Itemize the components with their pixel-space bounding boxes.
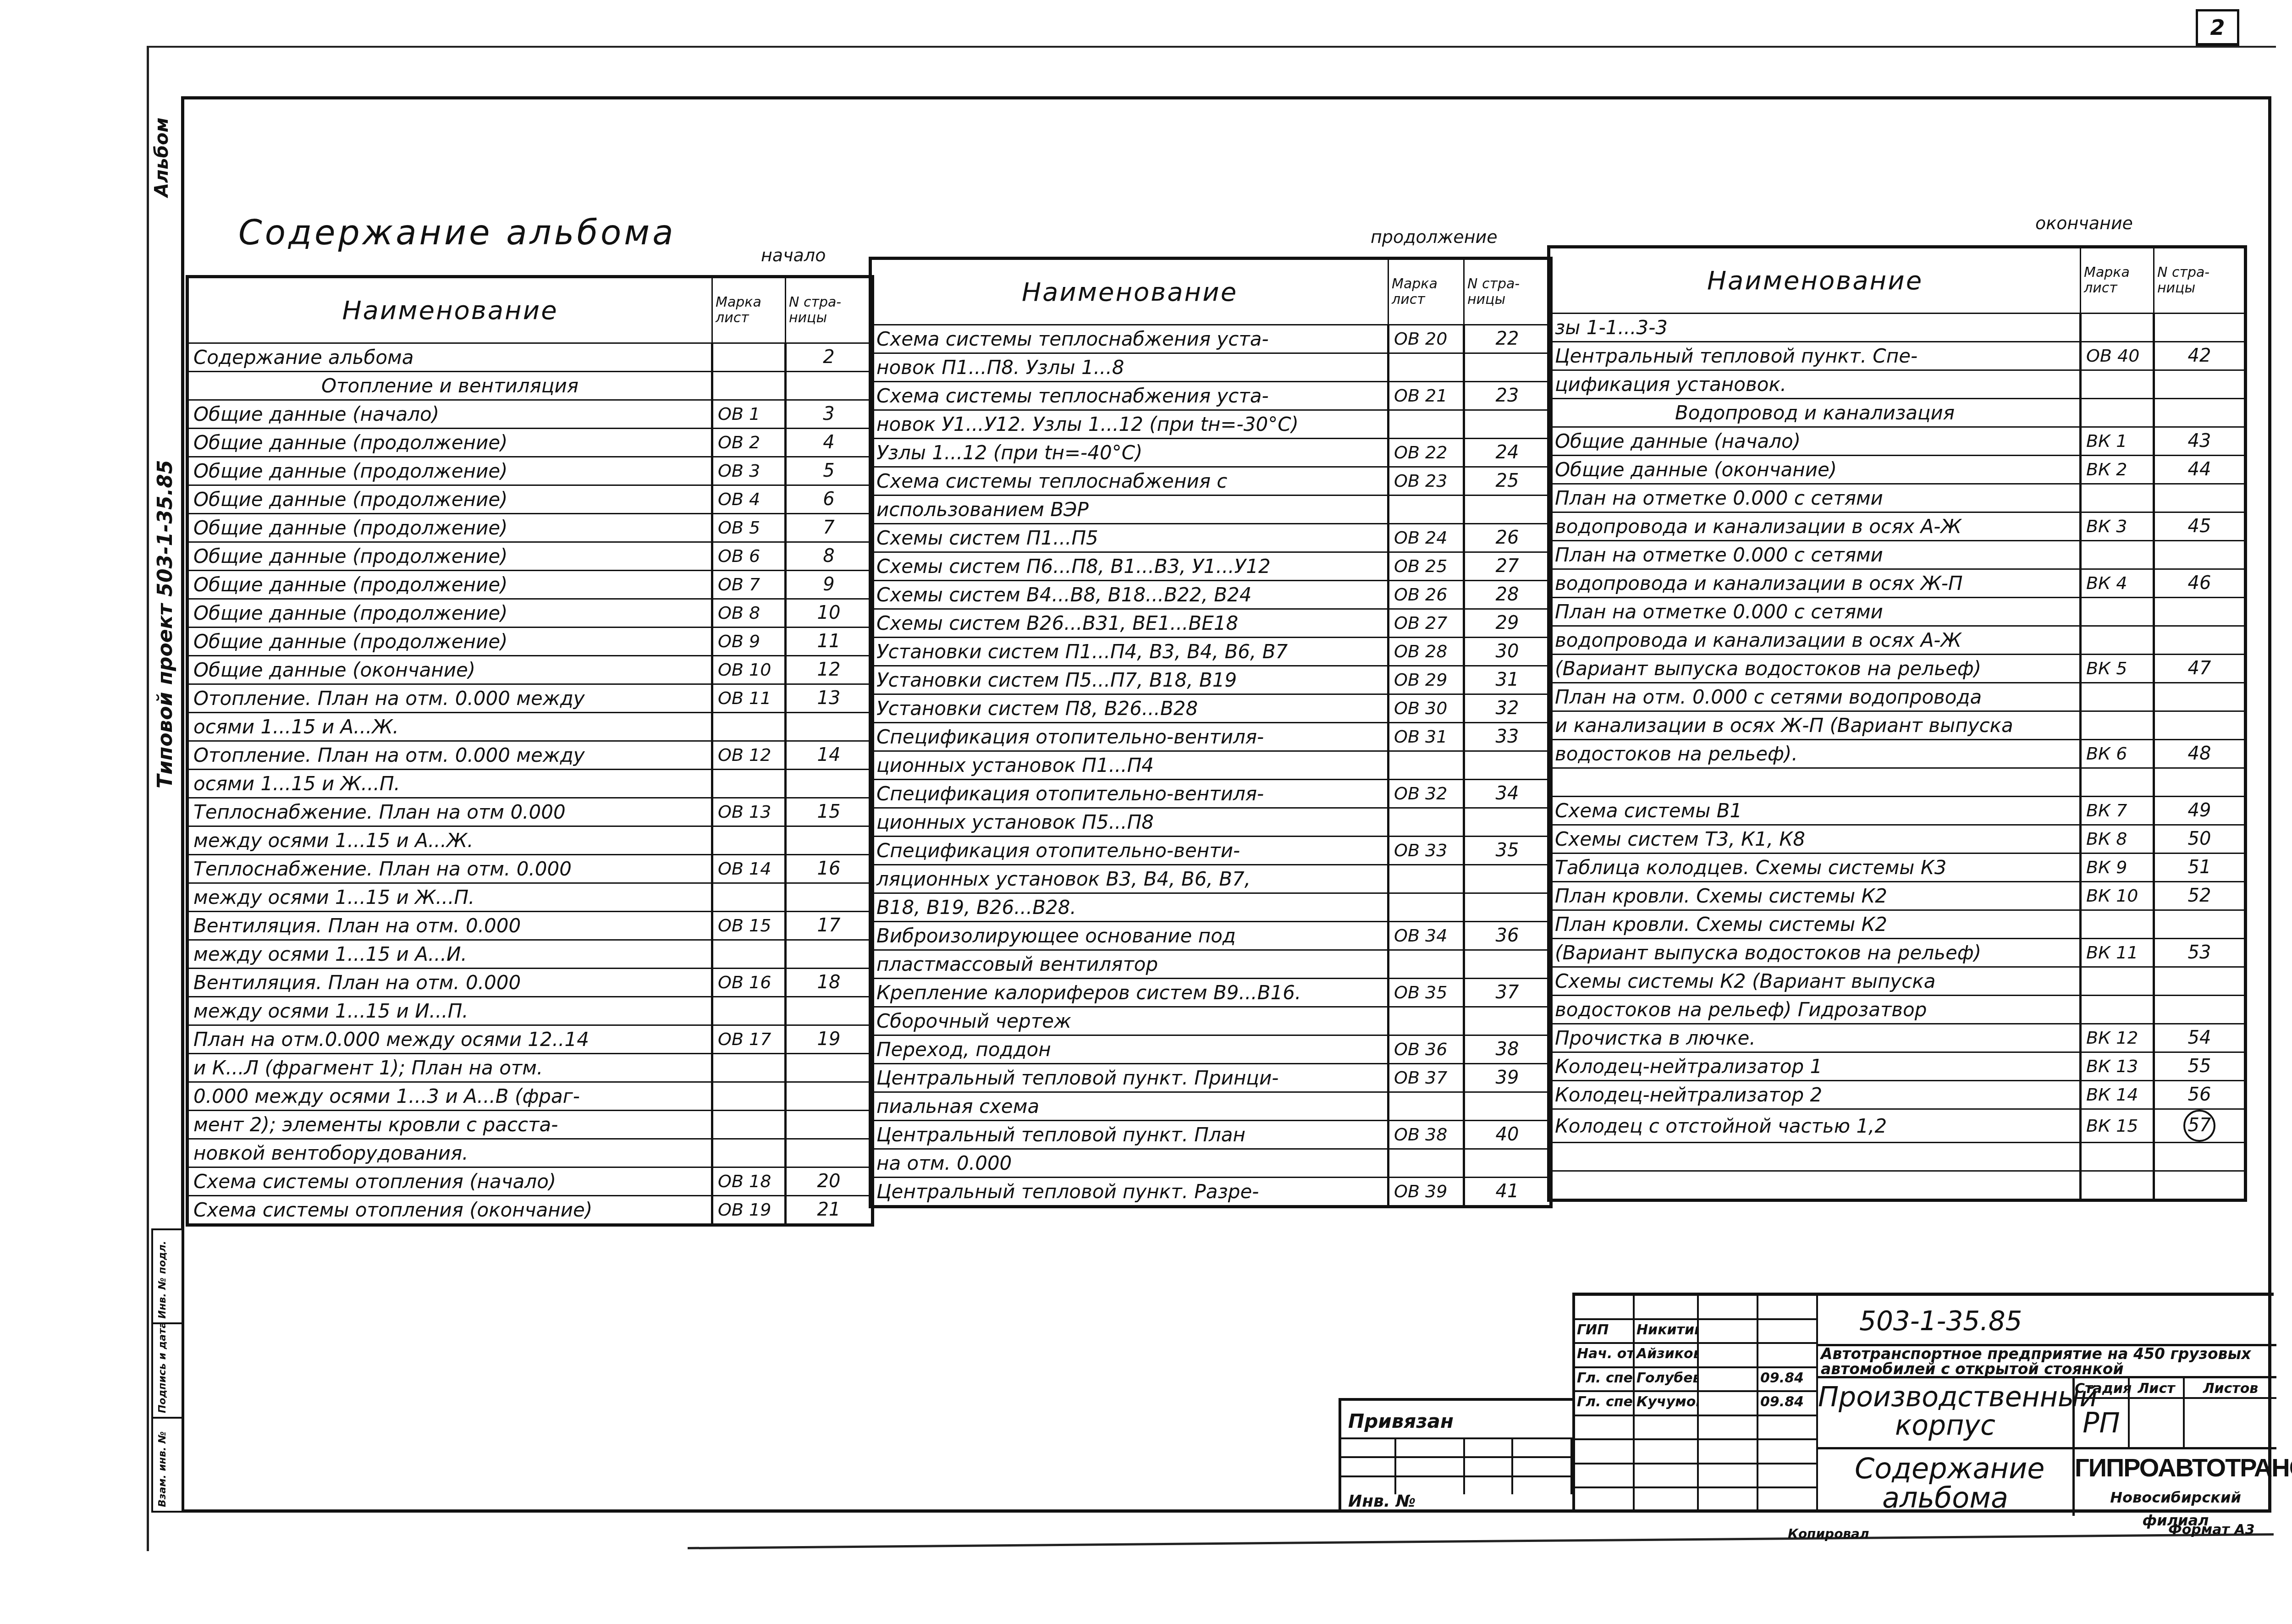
project-label: Типовой проект 503-1-35.85 — [154, 460, 177, 788]
item-page: 35 — [1464, 837, 1551, 865]
toc-row: План на отметке 0.000 с сетями — [1549, 598, 2246, 626]
item-page: 46 — [2154, 569, 2246, 598]
item-mark — [1388, 950, 1464, 979]
item-page: 44 — [2154, 456, 2246, 484]
item-name: Общие данные (продолжение) — [187, 628, 712, 656]
item-name: Общие данные (продолжение) — [187, 571, 712, 599]
toc-row: ционных установок П1...П4 — [871, 751, 1551, 780]
toc-row: Общие данные (продолжение)ОВ 911 — [187, 628, 873, 656]
sig-date — [1758, 1344, 1818, 1368]
object-name: Автотранспортное предприятие на 450 груз… — [1818, 1346, 2276, 1378]
item-name: План на отметке 0.000 с сетями — [1549, 541, 2081, 569]
item-name: Отопление. План на отм. 0.000 между — [187, 741, 712, 770]
item-name: Схема системы теплоснабжения уста- — [871, 325, 1388, 353]
item-mark — [712, 1054, 786, 1082]
item-page — [1464, 808, 1551, 837]
toc-row: Схема системы теплоснабжения сОВ 2325 — [871, 467, 1551, 495]
item-page — [786, 997, 873, 1025]
binding-cell — [1396, 1437, 1465, 1456]
toc-row: Общие данные (продолжение)ОВ 810 — [187, 599, 873, 628]
item-page: 11 — [786, 628, 873, 656]
item-name: Схема системы В1 — [1549, 797, 2081, 825]
toc-row: Отопление. План на отм. 0.000 междуОВ 12… — [187, 741, 873, 770]
item-page: 16 — [786, 855, 873, 883]
item-page: 9 — [786, 571, 873, 599]
stamp-cell: Инв. № подл. — [153, 1230, 182, 1324]
item-name: (Вариант выпуска водостоков на рельеф) — [1549, 655, 2081, 683]
item-mark — [1388, 1092, 1464, 1121]
item-page — [2154, 484, 2246, 512]
item-name: новок У1...У12. Узлы 1...12 (при tн=-30°… — [871, 410, 1388, 439]
toc-row: План на отм. 0.000 с сетями водопровода — [1549, 683, 2246, 711]
toc-row: План на отметке 0.000 с сетями — [1549, 484, 2246, 512]
toc-row: между осями 1...15 и И...П. — [187, 997, 873, 1025]
toc-row: мент 2); элементы кровли с расста- — [187, 1111, 873, 1139]
album-label: Альбом — [151, 117, 172, 197]
item-mark — [1388, 865, 1464, 893]
toc-row: Центральный тепловой пункт. Разре-ОВ 394… — [871, 1178, 1551, 1207]
item-page: 51 — [2154, 853, 2246, 882]
toc-row: пиальная схема — [871, 1092, 1551, 1121]
item-page — [2154, 314, 2246, 342]
item-mark — [2081, 1143, 2154, 1171]
item-mark — [2081, 314, 2154, 342]
item-mark: ОВ 9 — [712, 628, 786, 656]
item-mark: ОВ 13 — [712, 798, 786, 826]
toc-row: водостоков на рельеф) Гидрозатвор — [1549, 996, 2246, 1024]
item-page — [1464, 1092, 1551, 1121]
item-mark — [2081, 399, 2154, 427]
item-page: 40 — [1464, 1121, 1551, 1149]
item-mark: ВК 1 — [2081, 427, 2154, 456]
item-mark: ОВ 14 — [712, 855, 786, 883]
sig-name: Кучумова — [1635, 1392, 1699, 1416]
item-page — [1464, 410, 1551, 439]
item-name: водопровода и канализации в осях Ж-П — [1549, 569, 2081, 598]
continuation-label-start: начало — [761, 245, 826, 265]
binding-cell — [1513, 1437, 1572, 1456]
sig-cell — [1635, 1464, 1699, 1489]
toc-row: цификация установок. — [1549, 370, 2246, 399]
binding-cell — [1341, 1475, 1396, 1494]
toc-row: пластмассовый вентилятор — [871, 950, 1551, 979]
item-page: 43 — [2154, 427, 2246, 456]
item-name: Отопление и вентиляция — [187, 372, 712, 400]
sig-cell — [1699, 1464, 1758, 1489]
column-header-name: Наименование — [187, 277, 712, 343]
binding-grid — [1341, 1437, 1572, 1494]
item-name: Центральный тепловой пункт. Спе- — [1549, 342, 2081, 370]
item-name: (Вариант выпуска водостоков на рельеф) — [1549, 939, 2081, 967]
item-name: Установки систем П1...П4, В3, В4, В6, В7 — [871, 638, 1388, 666]
sig-role: Нач. отд. — [1575, 1344, 1635, 1368]
item-mark — [712, 883, 786, 912]
item-name: Узлы 1...12 (при tн=-40°C) — [871, 439, 1388, 467]
item-page — [2154, 541, 2246, 569]
item-page: 36 — [1464, 922, 1551, 950]
item-mark: ОВ 22 — [1388, 439, 1464, 467]
item-page — [2154, 1171, 2246, 1200]
toc-row: (Вариант выпуска водостоков на рельеф)ВК… — [1549, 655, 2246, 683]
binding-cell — [1341, 1456, 1396, 1475]
item-mark: ОВ 3 — [712, 457, 786, 485]
item-mark — [2081, 967, 2154, 996]
item-page — [1464, 950, 1551, 979]
item-mark — [2081, 1171, 2154, 1200]
item-page — [2154, 626, 2246, 655]
toc-row: Общие данные (продолжение)ОВ 24 — [187, 429, 873, 457]
item-mark: ОВ 10 — [712, 656, 786, 684]
item-page — [1464, 495, 1551, 524]
toc-row: осями 1...15 и А...Ж. — [187, 713, 873, 741]
item-name: Сборочный чертеж — [871, 1007, 1388, 1035]
toc-row — [1549, 1171, 2246, 1200]
item-name: ционных установок П5...П8 — [871, 808, 1388, 837]
sig-cell — [1575, 1416, 1635, 1441]
column-header-mark: Марка лист — [1388, 259, 1464, 325]
toc-row: осями 1...15 и Ж...П. — [187, 770, 873, 798]
item-page: 8 — [786, 542, 873, 571]
sig-cell — [1758, 1296, 1818, 1320]
item-name: Переход, поддон — [871, 1035, 1388, 1064]
item-mark: ВК 14 — [2081, 1081, 2154, 1109]
item-mark: ОВ 5 — [712, 514, 786, 542]
sig-cell — [1635, 1296, 1699, 1320]
item-name: Схема системы теплоснабжения с — [871, 467, 1388, 495]
item-mark: ОВ 16 — [712, 969, 786, 997]
item-name: пиальная схема — [871, 1092, 1388, 1121]
item-mark: ВК 15 — [2081, 1109, 2154, 1143]
toc-row: Схемы систем В4...В8, В18...В22, В24ОВ 2… — [871, 581, 1551, 609]
item-page: 26 — [1464, 524, 1551, 552]
binding-cell — [1465, 1475, 1513, 1494]
item-name: Общие данные (окончание) — [187, 656, 712, 684]
item-mark — [1388, 1007, 1464, 1035]
item-page — [1464, 751, 1551, 780]
sig-cell — [1758, 1416, 1818, 1441]
item-name: на отм. 0.000 — [871, 1149, 1388, 1178]
item-page — [2154, 598, 2246, 626]
item-page — [2154, 399, 2246, 427]
item-mark: ОВ 12 — [712, 741, 786, 770]
item-name: Вентиляция. План на отм. 0.000 — [187, 912, 712, 940]
item-page — [2154, 768, 2246, 797]
column-header-name: Наименование — [871, 259, 1388, 325]
sig-cell — [1758, 1464, 1818, 1489]
item-page — [786, 1139, 873, 1167]
binding-label: Привязан — [1348, 1410, 1454, 1432]
item-mark: ОВ 19 — [712, 1196, 786, 1225]
toc-row: Общие данные (продолжение)ОВ 46 — [187, 485, 873, 514]
item-name: Схемы систем П1...П5 — [871, 524, 1388, 552]
item-page: 10 — [786, 599, 873, 628]
binding-cell — [1513, 1456, 1572, 1475]
item-mark — [712, 372, 786, 400]
item-page: 20 — [786, 1167, 873, 1196]
item-mark: ОВ 21 — [1388, 382, 1464, 410]
toc-row: Спецификация отопительно-вентиля-ОВ 3234 — [871, 780, 1551, 808]
item-mark — [2081, 910, 2154, 939]
sig-cell — [1635, 1440, 1699, 1464]
item-mark: ОВ 40 — [2081, 342, 2154, 370]
sheet-title: Содержание альбома — [1818, 1449, 2075, 1516]
project-code: 503-1-35.85 — [1818, 1296, 2276, 1346]
item-name: использованием ВЭР — [871, 495, 1388, 524]
item-name — [1549, 1143, 2081, 1171]
item-mark — [712, 1139, 786, 1167]
item-name: Общие данные (продолжение) — [187, 514, 712, 542]
toc-row: Сборочный чертеж — [871, 1007, 1551, 1035]
item-name: осями 1...15 и Ж...П. — [187, 770, 712, 798]
item-mark — [712, 997, 786, 1025]
item-mark: ОВ 15 — [712, 912, 786, 940]
toc-row: Схема системы В1ВК 749 — [1549, 797, 2246, 825]
sig-name: Никитин — [1635, 1320, 1699, 1344]
item-name: зы 1-1...3-3 — [1549, 314, 2081, 342]
item-page: 7 — [786, 514, 873, 542]
binding-block: Привязан Инв. № — [1339, 1398, 1572, 1513]
toc-row: План кровли. Схемы системы К2ВК 1052 — [1549, 882, 2246, 910]
column-header-page: N стра- ницы — [1464, 259, 1551, 325]
item-page — [1464, 1007, 1551, 1035]
item-mark: ОВ 32 — [1388, 780, 1464, 808]
item-page: 4 — [786, 429, 873, 457]
item-mark — [712, 713, 786, 741]
item-mark: ОВ 33 — [1388, 837, 1464, 865]
binding-cell — [1513, 1475, 1572, 1494]
item-mark: ОВ 39 — [1388, 1178, 1464, 1207]
item-mark — [1388, 353, 1464, 382]
item-mark: ОВ 26 — [1388, 581, 1464, 609]
item-name: Теплоснабжение. План на отм 0.000 — [187, 798, 712, 826]
item-name: Колодец-нейтрализатор 2 — [1549, 1081, 2081, 1109]
item-mark — [2081, 598, 2154, 626]
item-mark: ВК 10 — [2081, 882, 2154, 910]
item-mark: ОВ 7 — [712, 571, 786, 599]
copied-by-label: Копировал — [1788, 1526, 1869, 1541]
item-page: 22 — [1464, 325, 1551, 353]
item-mark: ВК 7 — [2081, 797, 2154, 825]
item-mark — [1388, 751, 1464, 780]
item-name: ционных установок П1...П4 — [871, 751, 1388, 780]
item-name: План на отм. 0.000 с сетями водопровода — [1549, 683, 2081, 711]
toc-row: Виброизолирующее основание подОВ 3436 — [871, 922, 1551, 950]
toc-row: между осями 1...15 и Ж...П. — [187, 883, 873, 912]
toc-row: Колодец-нейтрализатор 2ВК 1456 — [1549, 1081, 2246, 1109]
item-name: водопровода и канализации в осях А-Ж — [1549, 626, 2081, 655]
item-page: 14 — [786, 741, 873, 770]
sig-cell — [1575, 1296, 1635, 1320]
toc-row: Колодец с отстойной частью 1,2ВК 1557 — [1549, 1109, 2246, 1143]
item-name: План на отм.0.000 между осями 12..14 — [187, 1025, 712, 1054]
toc-row: Спецификация отопительно-венти-ОВ 3335 — [871, 837, 1551, 865]
toc-row: Схема системы отопления (окончание)ОВ 19… — [187, 1196, 873, 1225]
toc-row: ционных установок П5...П8 — [871, 808, 1551, 837]
section-row: Водопровод и канализация — [1549, 399, 2246, 427]
item-page: 49 — [2154, 797, 2246, 825]
toc-row: новок П1...П8. Узлы 1...8 — [871, 353, 1551, 382]
stage-grid: Стадия Лист Листов РП — [2075, 1378, 2276, 1449]
item-mark — [712, 826, 786, 855]
item-page: 21 — [786, 1196, 873, 1225]
stamp-cell-label: Инв. № подл. — [157, 1241, 168, 1319]
toc-table-end: Наименование Марка лист N стра- ницы зы … — [1547, 245, 2247, 1202]
item-page — [786, 883, 873, 912]
toc-row: Вентиляция. План на отм. 0.000ОВ 1618 — [187, 969, 873, 997]
sig-cell — [1699, 1296, 1758, 1320]
item-page — [2154, 683, 2246, 711]
toc-row: Теплоснабжение. План на отм 0.000ОВ 1315 — [187, 798, 873, 826]
toc-row: новкой вентоборудования. — [187, 1139, 873, 1167]
item-name: Колодец с отстойной частью 1,2 — [1549, 1109, 2081, 1143]
item-name: Таблица колодцев. Схемы системы К3 — [1549, 853, 2081, 882]
item-mark: ОВ 28 — [1388, 638, 1464, 666]
toc-row: 0.000 между осями 1...3 и А...В (фраг- — [187, 1082, 873, 1111]
toc-row: Общие данные (окончание)ОВ 1012 — [187, 656, 873, 684]
binding-cell — [1396, 1456, 1465, 1475]
sig-signature — [1699, 1320, 1758, 1344]
item-name: Схема системы теплоснабжения уста- — [871, 382, 1388, 410]
toc-row: Схема системы теплоснабжения уста-ОВ 212… — [871, 382, 1551, 410]
item-name — [1549, 1171, 2081, 1200]
toc-row: между осями 1...15 и А...И. — [187, 940, 873, 969]
sig-cell — [1758, 1488, 1818, 1513]
stamp-cell-label: Взам. инв. № — [157, 1431, 168, 1507]
item-name: Спецификация отопительно-венти- — [871, 837, 1388, 865]
item-name: Общие данные (окончание) — [1549, 456, 2081, 484]
item-page: 29 — [1464, 609, 1551, 638]
stage-value: РП — [2075, 1399, 2130, 1449]
sig-date — [1758, 1320, 1818, 1344]
item-page: 30 — [1464, 638, 1551, 666]
column-header-mark: Марка лист — [2081, 247, 2154, 314]
toc-row: Общие данные (начало)ВК 143 — [1549, 427, 2246, 456]
format-label: Формат А3 — [2168, 1522, 2255, 1538]
toc-row: Теплоснабжение. План на отм. 0.000ОВ 141… — [187, 855, 873, 883]
item-page: 50 — [2154, 825, 2246, 853]
item-mark: ОВ 20 — [1388, 325, 1464, 353]
item-name: ляционных установок В3, В4, В6, В7, — [871, 865, 1388, 893]
building-name: Производственный корпус — [1818, 1378, 2075, 1449]
item-name: между осями 1...15 и А...И. — [187, 940, 712, 969]
item-name: Общие данные (продолжение) — [187, 542, 712, 571]
item-name: В18, В19, В26...В28. — [871, 893, 1388, 922]
sig-role: Гл. спец. — [1575, 1392, 1635, 1416]
binding-cell — [1341, 1437, 1396, 1456]
sheet-header: Лист — [2130, 1378, 2185, 1399]
item-page — [2154, 910, 2246, 939]
item-name: Колодец-нейтрализатор 1 — [1549, 1052, 2081, 1081]
item-name — [1549, 768, 2081, 797]
document-title: Содержание альбома — [238, 213, 676, 253]
item-name: водостоков на рельеф). — [1549, 740, 2081, 768]
item-page: 39 — [1464, 1064, 1551, 1092]
item-page: 13 — [786, 684, 873, 713]
item-page — [786, 372, 873, 400]
toc-row: Таблица колодцев. Схемы системы К3ВК 951 — [1549, 853, 2246, 882]
item-name: Установки систем П8, В26...В28 — [871, 694, 1388, 723]
item-page — [786, 770, 873, 798]
item-name: План на отметке 0.000 с сетями — [1549, 598, 2081, 626]
item-name: Отопление. План на отм. 0.000 между — [187, 684, 712, 713]
sig-signature — [1699, 1344, 1758, 1368]
toc-row: Содержание альбома2 — [187, 343, 873, 372]
sig-role: Гл. спец. — [1575, 1368, 1635, 1393]
item-mark: ОВ 23 — [1388, 467, 1464, 495]
item-name: между осями 1...15 и Ж...П. — [187, 883, 712, 912]
toc-table-middle: Наименование Марка лист N стра- ницы Схе… — [869, 257, 1553, 1208]
continuation-label-middle: продолжение — [1371, 227, 1498, 247]
item-mark: ОВ 18 — [712, 1167, 786, 1196]
toc-row: Общие данные (окончание)ВК 244 — [1549, 456, 2246, 484]
toc-row: Общие данные (продолжение)ОВ 79 — [187, 571, 873, 599]
item-page: 56 — [2154, 1081, 2246, 1109]
item-page — [786, 940, 873, 969]
item-name: пластмассовый вентилятор — [871, 950, 1388, 979]
page-number: 2 — [2210, 15, 2225, 40]
item-page — [2154, 967, 2246, 996]
toc-row: Схемы системы К2 (Вариант выпуска — [1549, 967, 2246, 996]
item-page: 52 — [2154, 882, 2246, 910]
organization-block: ГИПРОАВТОТРАНС Новосибирский филиал — [2075, 1449, 2276, 1516]
toc-row: Установки систем П5...П7, В18, В19ОВ 293… — [871, 666, 1551, 694]
item-name: водопровода и канализации в осях А-Ж — [1549, 512, 2081, 541]
item-page: 5 — [786, 457, 873, 485]
toc-row: (Вариант выпуска водостоков на рельеф)ВК… — [1549, 939, 2246, 967]
item-page: 18 — [786, 969, 873, 997]
item-mark: ВК 11 — [2081, 939, 2154, 967]
column-header-page: N стра- ницы — [786, 277, 873, 343]
toc-row: Центральный тепловой пункт. Принци-ОВ 37… — [871, 1064, 1551, 1092]
item-page: 45 — [2154, 512, 2246, 541]
item-mark: ОВ 6 — [712, 542, 786, 571]
item-mark — [712, 1111, 786, 1139]
inventory-number-label: Инв. № — [1348, 1492, 1416, 1511]
item-page: 37 — [1464, 979, 1551, 1007]
item-page: 28 — [1464, 581, 1551, 609]
item-mark: ВК 8 — [2081, 825, 2154, 853]
item-mark — [2081, 370, 2154, 399]
item-name: и канализации в осях Ж-П (Вариант выпуск… — [1549, 711, 2081, 740]
item-name: Центральный тепловой пункт. План — [871, 1121, 1388, 1149]
binding-cell — [1396, 1475, 1465, 1494]
toc-row: между осями 1...15 и А...Ж. — [187, 826, 873, 855]
item-mark — [1388, 410, 1464, 439]
item-mark — [2081, 711, 2154, 740]
item-mark: ОВ 31 — [1388, 723, 1464, 751]
item-page: 15 — [786, 798, 873, 826]
item-mark: ОВ 17 — [712, 1025, 786, 1054]
item-name: План на отметке 0.000 с сетями — [1549, 484, 2081, 512]
item-name: Общие данные (продолжение) — [187, 429, 712, 457]
item-mark: ОВ 4 — [712, 485, 786, 514]
item-page: 19 — [786, 1025, 873, 1054]
item-mark: ВК 2 — [2081, 456, 2154, 484]
item-name: цификация установок. — [1549, 370, 2081, 399]
toc-row: Установки систем П8, В26...В28ОВ 3032 — [871, 694, 1551, 723]
toc-row: Схемы систем П1...П5ОВ 2426 — [871, 524, 1551, 552]
item-mark: ВК 3 — [2081, 512, 2154, 541]
sheets-header: Листов — [2185, 1378, 2276, 1399]
item-page — [786, 1111, 873, 1139]
item-name: Содержание альбома — [187, 343, 712, 372]
toc-row: и К...Л (фрагмент 1); План на отм. — [187, 1054, 873, 1082]
toc-row: ляционных установок В3, В4, В6, В7, — [871, 865, 1551, 893]
item-page: 31 — [1464, 666, 1551, 694]
circled-page-number: 57 — [2183, 1110, 2215, 1142]
item-page — [786, 826, 873, 855]
item-page — [2154, 370, 2246, 399]
